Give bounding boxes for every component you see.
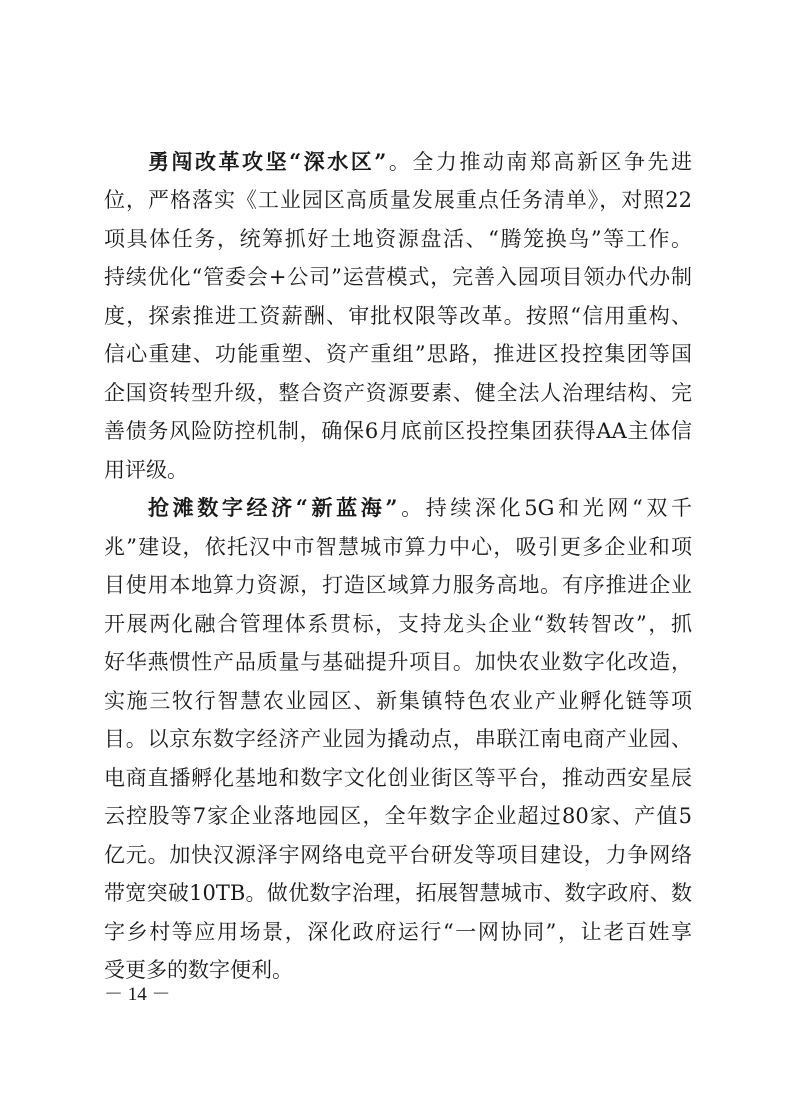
paragraph-1-heading: 勇闯改革攻坚“深水区” [148, 149, 386, 174]
paragraph-1-line-3: 项具体任务，统筹抓好土地资源盘活、“腾笼换鸟”等工作。 [104, 224, 692, 254]
paragraph-2-line-8: 电商直播孵化基地和数字文化创业街区等平台，推动西安星辰 [104, 763, 692, 793]
paragraph-1-line-6: 信心重建、功能重塑、资产重组”思路，推进区投控集团等国 [104, 339, 692, 369]
paragraph-1-line-1: 勇闯改革攻坚“深水区”。全力推动南郑高新区争先进 [148, 147, 692, 177]
paragraph-2-line-2: 兆”建设，依托汉中市智慧城市算力中心，吸引更多企业和项 [104, 532, 692, 562]
paragraph-1-line-7: 企国资转型升级，整合资产资源要素、健全法人治理结构、完 [104, 378, 692, 408]
paragraph-1-line-5: 度，探索推进工资薪酬、审批权限等改革。按照“信用重构、 [104, 301, 692, 331]
paragraph-1-line-9: 用评级。 [104, 455, 692, 485]
paragraph-2-line-7: 目。以京东数字经济产业园为撬动点，串联江南电商产业园、 [104, 724, 692, 754]
document-page: 勇闯改革攻坚“深水区”。全力推动南郑高新区争先进 位，严格落实《工业园区高质量发… [0, 0, 792, 1120]
paragraph-2-line-1: 抢滩数字经济“新蓝海”。持续深化5G和光网“双千 [148, 493, 692, 523]
paragraph-2-line-5: 好华燕惯性产品质量与基础提升项目。加快农业数字化改造， [104, 647, 692, 677]
paragraph-2-heading: 抢滩数字经济“新蓝海” [148, 495, 398, 520]
paragraph-2-line-11: 带宽突破10TB。做优数字治理，拓展智慧城市、数字政府、数 [104, 878, 692, 908]
page-number: － 14 － [104, 982, 171, 1008]
paragraph-2-line-9: 云控股等7家企业落地园区，全年数字企业超过80家、产值5 [104, 801, 692, 831]
paragraph-1-line-8: 善债务风险防控机制，确保6月底前区投控集团获得AA主体信 [104, 416, 692, 446]
paragraph-2-line-10: 亿元。加快汉源泽宇网络电竞平台研发等项目建设，力争网络 [104, 840, 692, 870]
paragraph-2-line-4: 开展两化融合管理体系贯标，支持龙头企业“数转智改”，抓 [104, 609, 692, 639]
paragraph-1-line-4: 持续优化“管委会+公司”运营模式，完善入园项目领办代办制 [104, 262, 692, 292]
paragraph-2-line-3: 目使用本地算力资源，打造区域算力服务高地。有序推进企业 [104, 570, 692, 600]
paragraph-1-line-2: 位，严格落实《工业园区高质量发展重点任务清单》，对照22 [104, 185, 692, 215]
paragraph-2-line-6: 实施三牧行智慧农业园区、新集镇特色农业产业孵化链等项 [104, 686, 692, 716]
paragraph-2-line-12: 字乡村等应用场景，深化政府运行“一网协同”，让老百姓享 [104, 917, 692, 947]
paragraph-2-line-13: 受更多的数字便利。 [104, 955, 692, 985]
